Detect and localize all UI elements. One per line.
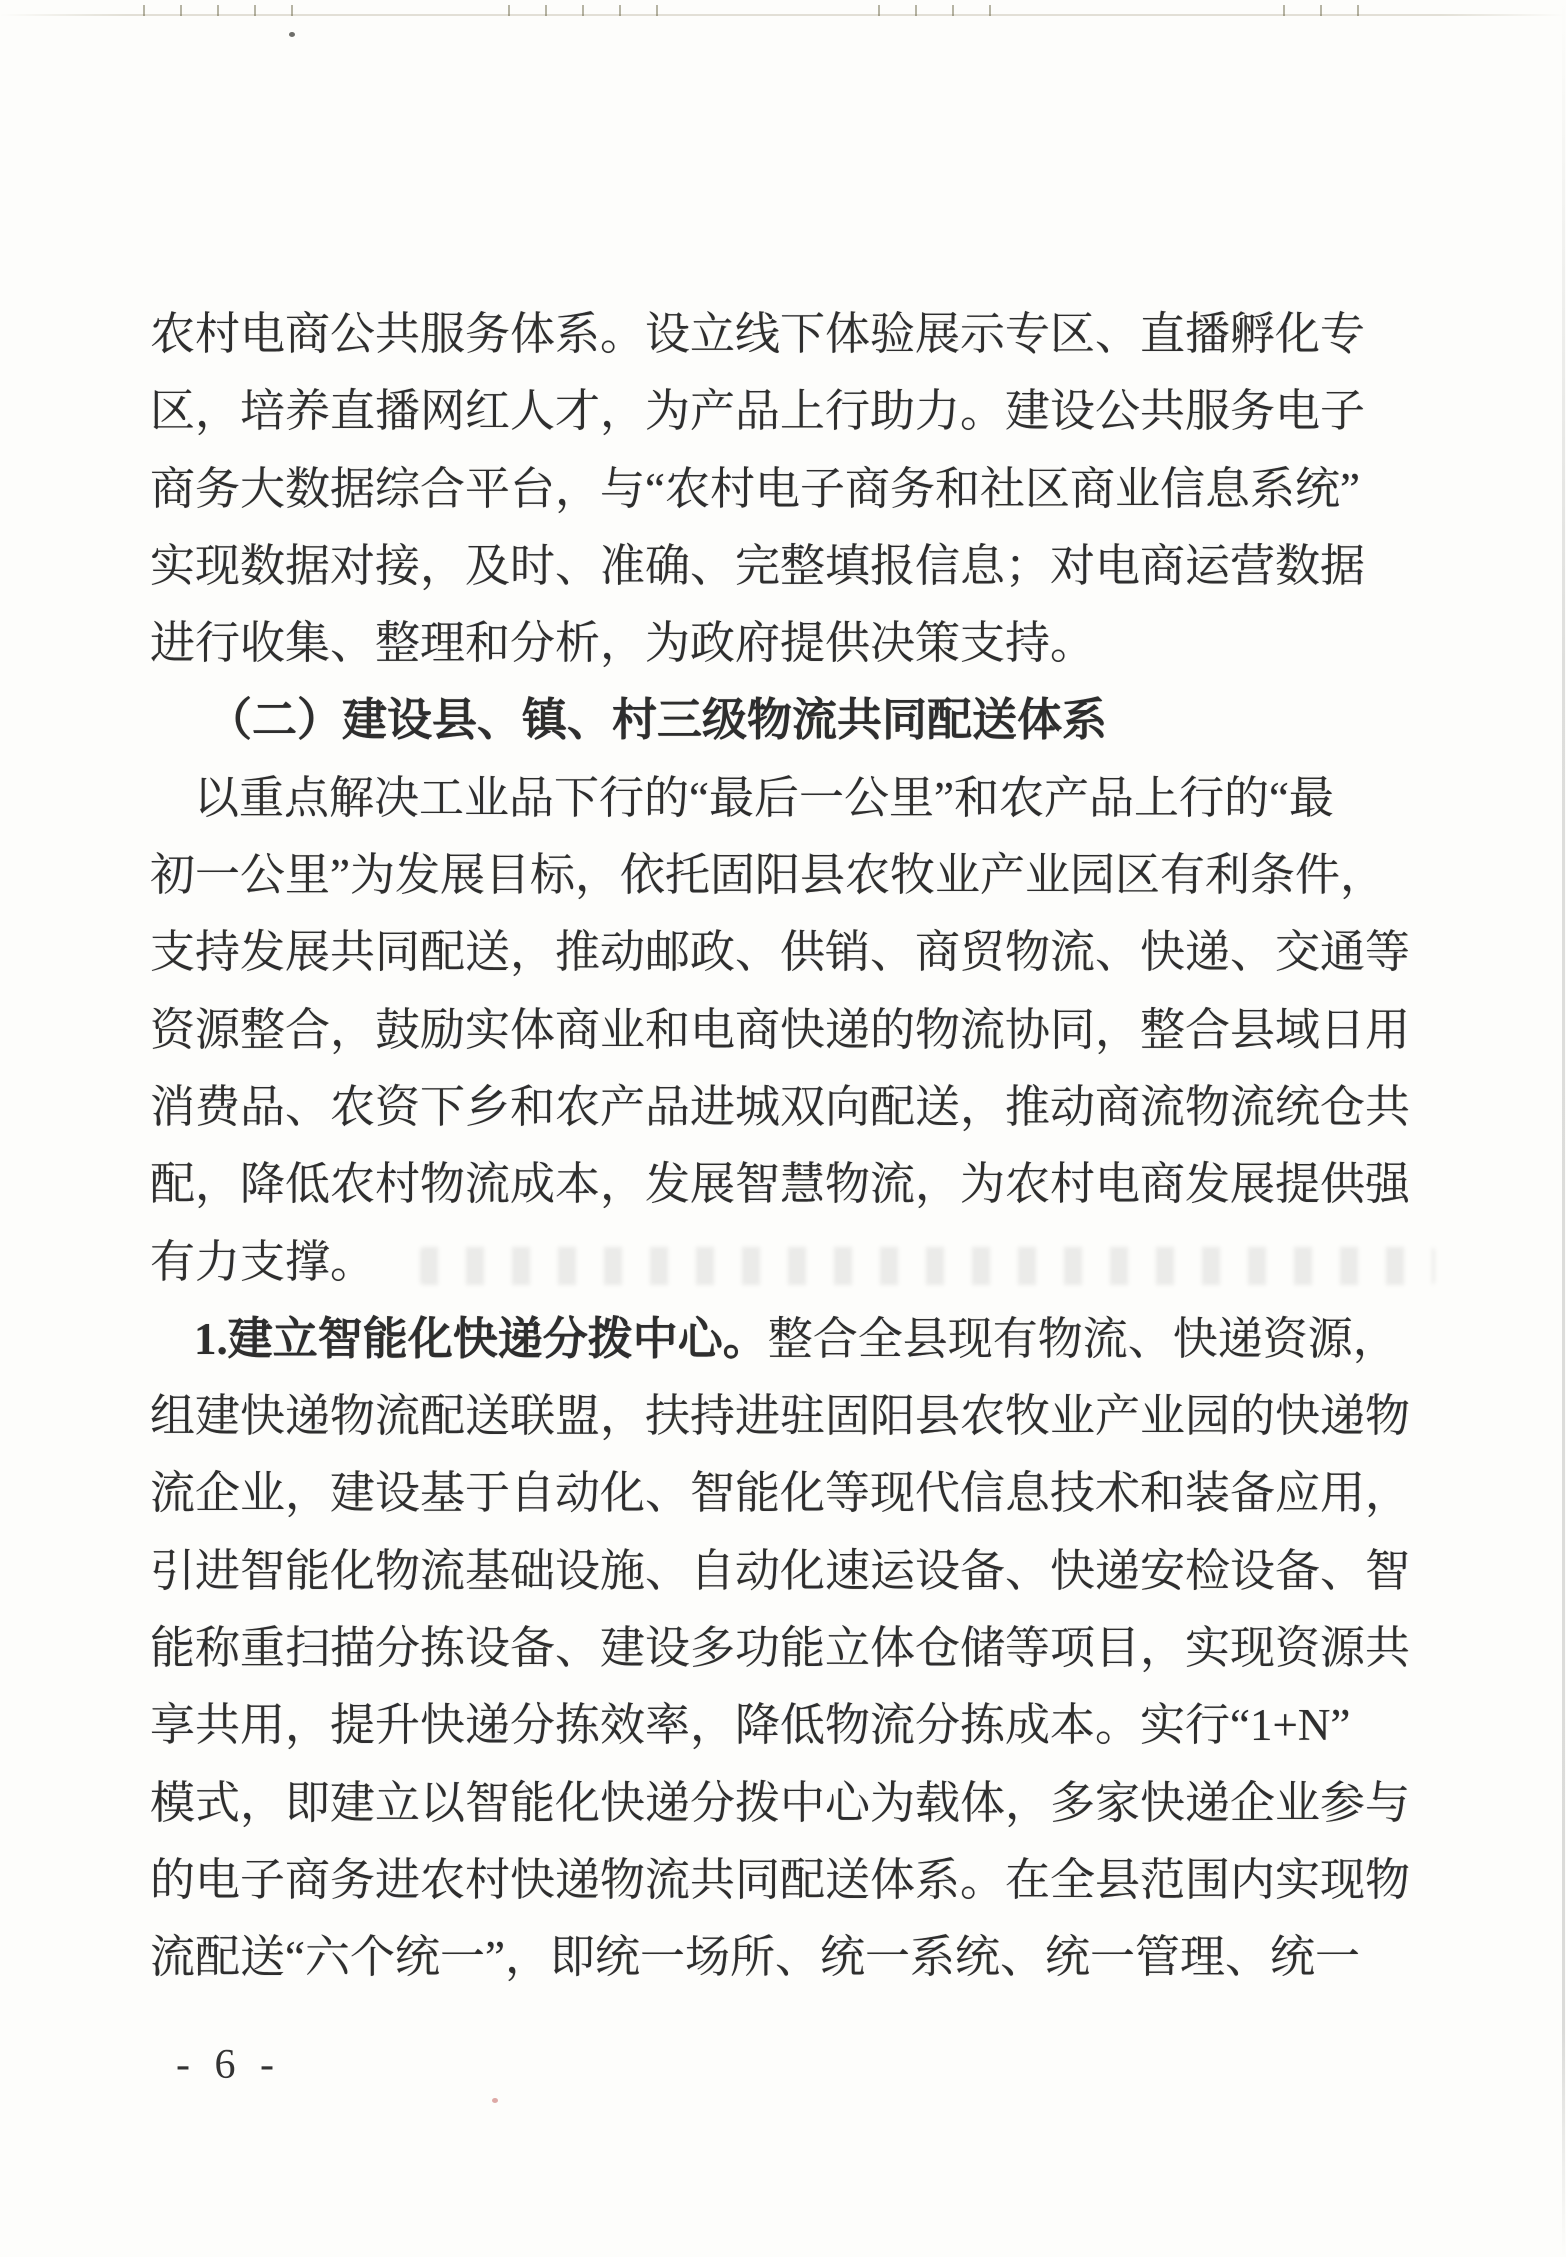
scan-right-edge-line: [1562, 0, 1565, 2257]
scan-artifact-ticks: [143, 5, 308, 16]
body-line: 初一公里”为发展目标，依托固阳县农牧业产业园区有利条件，: [150, 837, 1390, 914]
body-line: 配，降低农村物流成本，发展智慧物流，为农村电商发展提供强: [150, 1146, 1390, 1223]
body-line: 的电子商务进农村快递物流共同配送体系。在全县范围内实现物: [150, 1842, 1390, 1919]
body-line: 组建快递物流配送联盟，扶持进驻固阳县农牧业产业园的快递物: [150, 1378, 1390, 1455]
body-line: 支持发展共同配送，推动邮政、供销、商贸物流、快递、交通等: [150, 914, 1390, 991]
scan-artifact-ticks: [508, 5, 658, 16]
body-line: 农村电商公共服务体系。设立线下体验展示专区、直播孵化专: [150, 296, 1390, 373]
numbered-item-line: 1.建立智能化快递分拨中心。整合全县现有物流、快递资源，: [150, 1301, 1390, 1378]
scan-artifact-dot: [289, 32, 295, 37]
body-line: 有力支撑。: [150, 1224, 1390, 1301]
scan-artifact-speck: [492, 2098, 498, 2103]
scan-artifact-ticks: [878, 5, 998, 16]
body-line: 实现数据对接，及时、准确、完整填报信息；对电商运营数据: [150, 528, 1390, 605]
numbered-item-lead: 1.建立智能化快递分拨中心。: [194, 1314, 768, 1364]
body-line: 商务大数据综合平台，与“农村电子商务和社区商业信息系统”: [150, 451, 1390, 528]
body-line: 消费品、农资下乡和农产品进城双向配送，推动商流物流统仓共: [150, 1069, 1390, 1146]
body-line: 区，培养直播网红人才，为产品上行助力。建设公共服务电子: [150, 373, 1390, 450]
numbered-item-rest: 整合全县现有物流、快递资源，: [768, 1314, 1398, 1364]
body-line: 享共用，提升快递分拣效率，降低物流分拣成本。实行“1+N”: [150, 1687, 1390, 1764]
body-line: 流配送“六个统一”，即统一场所、统一系统、统一管理、统一: [150, 1919, 1390, 1996]
document-body: 农村电商公共服务体系。设立线下体验展示专区、直播孵化专 区，培养直播网红人才，为…: [150, 296, 1390, 1997]
body-line: 引进智能化物流基础设施、自动化速运设备、快递安检设备、智: [150, 1533, 1390, 1610]
body-line: 进行收集、整理和分析，为政府提供决策支持。: [150, 605, 1390, 682]
body-line: 资源整合，鼓励实体商业和电商快递的物流协同，整合县域日用: [150, 992, 1390, 1069]
section-heading: （二）建设县、镇、村三级物流共同配送体系: [150, 682, 1390, 759]
scanned-document-page: 农村电商公共服务体系。设立线下体验展示专区、直播孵化专 区，培养直播网红人才，为…: [0, 0, 1566, 2257]
body-line: 流企业，建设基于自动化、智能化等现代信息技术和装备应用，: [150, 1455, 1390, 1532]
scan-artifact-ticks: [1283, 5, 1368, 16]
page-number: - 6 -: [176, 2040, 281, 2090]
body-line: 模式，即建立以智能化快递分拨中心为载体，多家快递企业参与: [150, 1765, 1390, 1842]
body-line: 以重点解决工业品下行的“最后一公里”和农产品上行的“最: [150, 760, 1390, 837]
body-line: 能称重扫描分拣设备、建设多功能立体仓储等项目，实现资源共: [150, 1610, 1390, 1687]
